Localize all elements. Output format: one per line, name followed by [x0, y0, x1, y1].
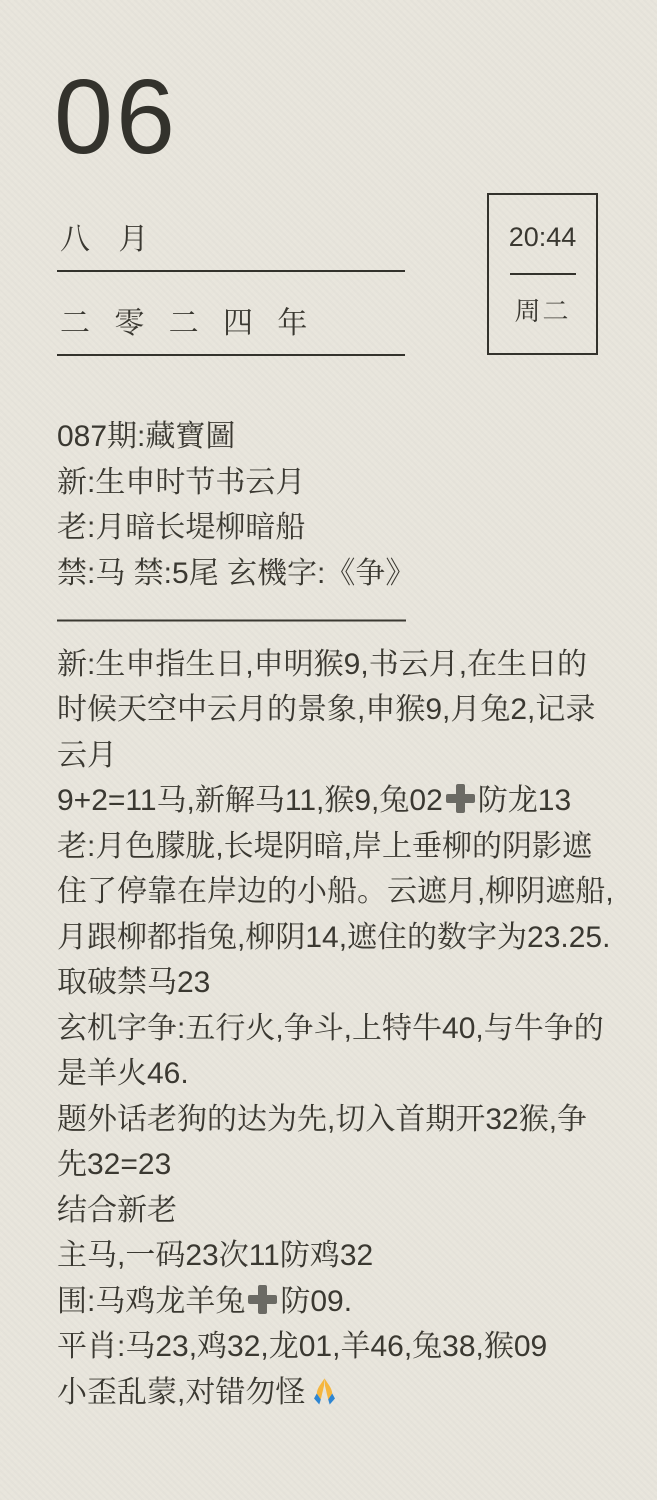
- time-label: 20:44: [509, 222, 577, 252]
- body-line: 老:月色朦胧,长堤阴暗,岸上垂柳的阴影遮: [57, 824, 647, 870]
- folded-hands-icon: [309, 1376, 340, 1407]
- body-line: 禁:马 禁:5尾 玄機字:《争》: [57, 551, 647, 597]
- body-lines: 087期:藏寶圖新:生申时节书云月老:月暗长堤柳暗船禁:马 禁:5尾 玄機字:《…: [57, 414, 647, 1415]
- time-box: 20:44 周二: [487, 193, 598, 355]
- plus-icon: [446, 784, 475, 813]
- body-line: 围:马鸡龙羊兔防09.: [57, 1279, 647, 1325]
- body-line: 时候天空中云月的景象,申猴9,月兔2,记录: [57, 687, 647, 733]
- body-line: 主马,一码23次11防鸡32: [57, 1233, 647, 1279]
- weekday-label: 周二: [514, 296, 570, 326]
- body-line: 月跟柳都指兔,柳阴14,遮住的数字为23.25.: [57, 915, 647, 961]
- body-line: 小歪乱蒙,对错勿怪: [57, 1370, 647, 1416]
- body-line: 取破禁马23: [57, 960, 647, 1006]
- month-label: 八 月: [60, 214, 158, 258]
- body-line: 先32=23: [57, 1142, 647, 1188]
- divider-dashes: ————————————: [57, 596, 647, 642]
- body-line: 087期:藏寶圖: [57, 414, 647, 460]
- body-line: 9+2=11马,新解马11,猴9,兔02防龙13: [57, 778, 647, 824]
- body-line: 云月: [57, 733, 647, 779]
- plus-icon: [248, 1285, 277, 1314]
- body-line: 老:月暗长堤柳暗船: [57, 505, 647, 551]
- time-box-divider: [510, 273, 576, 275]
- day-number: 06: [54, 64, 178, 170]
- body-line: 玄机字争:五行火,争斗,上特牛40,与牛争的: [57, 1006, 647, 1052]
- body-line: 是羊火46.: [57, 1051, 647, 1097]
- header-divider-bottom: [57, 354, 405, 356]
- calendar-note-page: 06 八 月 二 零 二 四 年 20:44 周二 087期:藏寶圖新:生申时节…: [0, 0, 657, 1500]
- body-line: 平肖:马23,鸡32,龙01,羊46,兔38,猴09: [57, 1324, 647, 1370]
- body-line: 新:生申指生日,申明猴9,书云月,在生日的: [57, 642, 647, 688]
- body-line: 结合新老: [57, 1188, 647, 1234]
- year-label: 二 零 二 四 年: [60, 298, 315, 342]
- body-line: 新:生申时节书云月: [57, 460, 647, 506]
- body-line: 题外话老狗的达为先,切入首期开32猴,争: [57, 1097, 647, 1143]
- header-divider-top: [57, 270, 405, 272]
- body-line: 住了停靠在岸边的小船。云遮月,柳阴遮船,: [57, 869, 647, 915]
